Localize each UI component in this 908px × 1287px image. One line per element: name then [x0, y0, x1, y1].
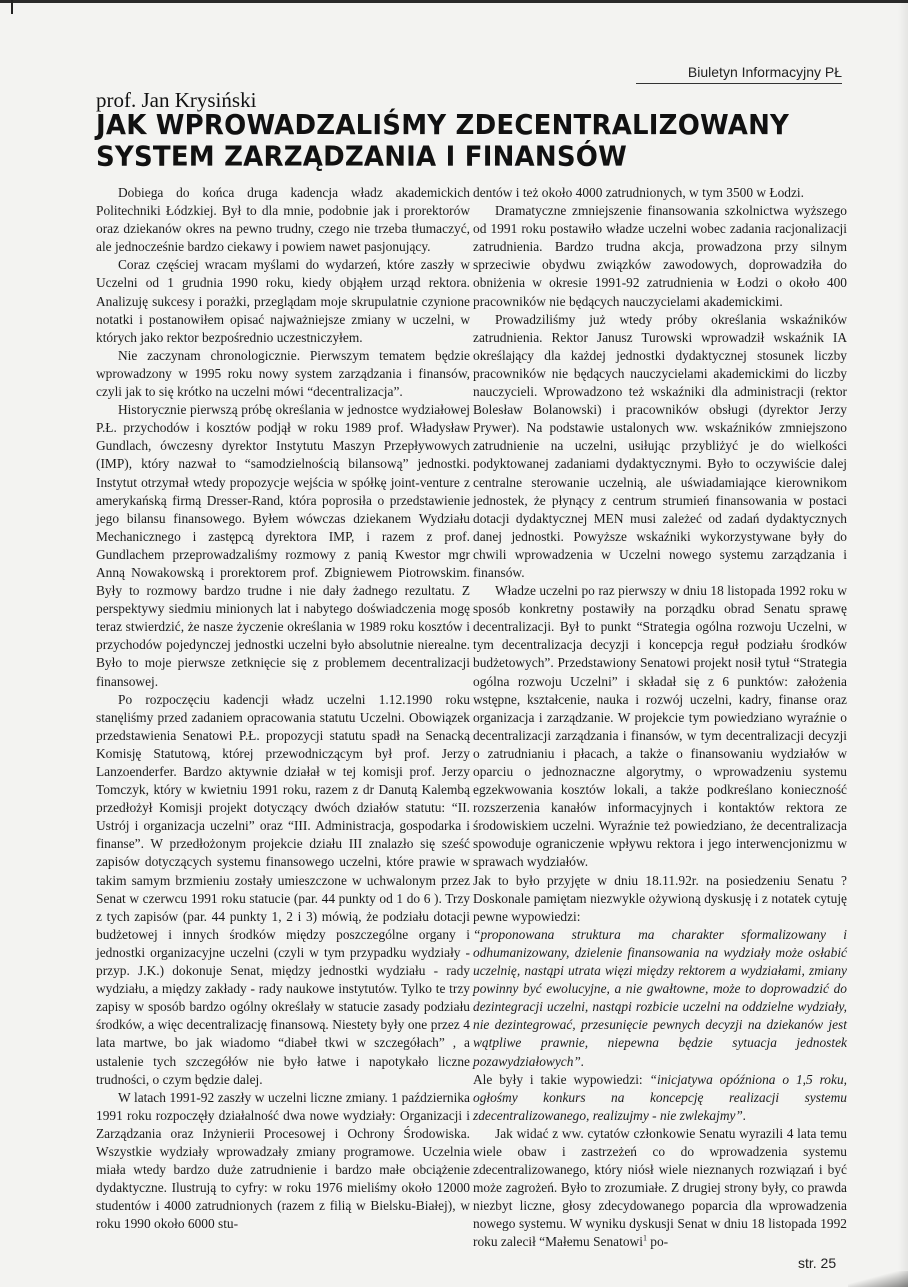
paragraph: Prowadziliśmy już wtedy próby określania…: [473, 311, 847, 582]
page-top-edge: [0, 0, 908, 3]
title-line-2: SYSTEM ZARZĄDZANIA I FINANSÓW: [96, 142, 856, 174]
paragraph-continuation: dentów i też około 4000 zatrudnionych, w…: [473, 184, 847, 202]
article-title: JAK WPROWADZALIŚMY ZDECENTRALIZOWANY SYS…: [96, 110, 856, 173]
quote-lead: Ale były i takie wypowiedzi:: [473, 1072, 650, 1087]
paragraph: Coraz częściej wracam myślami do wydarze…: [96, 256, 470, 346]
title-line-1: JAK WPROWADZALIŚMY ZDECENTRALIZOWANY: [96, 110, 856, 142]
paragraph: Jak widać z ww. cytatów członkowie Senat…: [473, 1125, 847, 1252]
right-column: dentów i też około 4000 zatrudnionych, w…: [473, 184, 847, 1252]
paragraph-text: Jak widać z ww. cytatów członkowie Senat…: [473, 1126, 847, 1250]
paragraph: W latach 1991-92 zaszły w uczelni liczne…: [96, 1089, 470, 1234]
paragraph: Po rozpoczęciu kadencji władz uczelni 1.…: [96, 691, 470, 1089]
running-head: Biuletyn Informacyjny PŁ: [636, 64, 842, 84]
page-number: str. 25: [798, 1255, 836, 1271]
paragraph-tail: po-: [647, 1234, 668, 1249]
paragraph: Władze uczelni po raz pierwszy w dniu 18…: [473, 582, 847, 872]
left-column: Dobiega do końca druga kadencja władz ak…: [96, 184, 470, 1233]
paragraph: Ale były i takie wypowiedzi: “inicjatywa…: [473, 1071, 847, 1125]
page-shadow: [898, 0, 908, 1287]
paragraph: Nie zaczynam chronologicznie. Pierwszym …: [96, 347, 470, 401]
paragraph: Dobiega do końca druga kadencja władz ak…: [96, 184, 470, 256]
paragraph: Dramatyczne zmniejszenie finansowania sz…: [473, 202, 847, 311]
scan-mark: [11, 0, 13, 14]
senate-quote-1: “proponowana struktura ma charakter sfor…: [473, 926, 847, 1071]
paragraph: Historycznie pierwszą próbę określania w…: [96, 401, 470, 691]
paragraph: Jak to było przyjęte w dniu 18.11.92r. n…: [473, 872, 847, 926]
page-corner-shadow: [848, 1271, 908, 1287]
